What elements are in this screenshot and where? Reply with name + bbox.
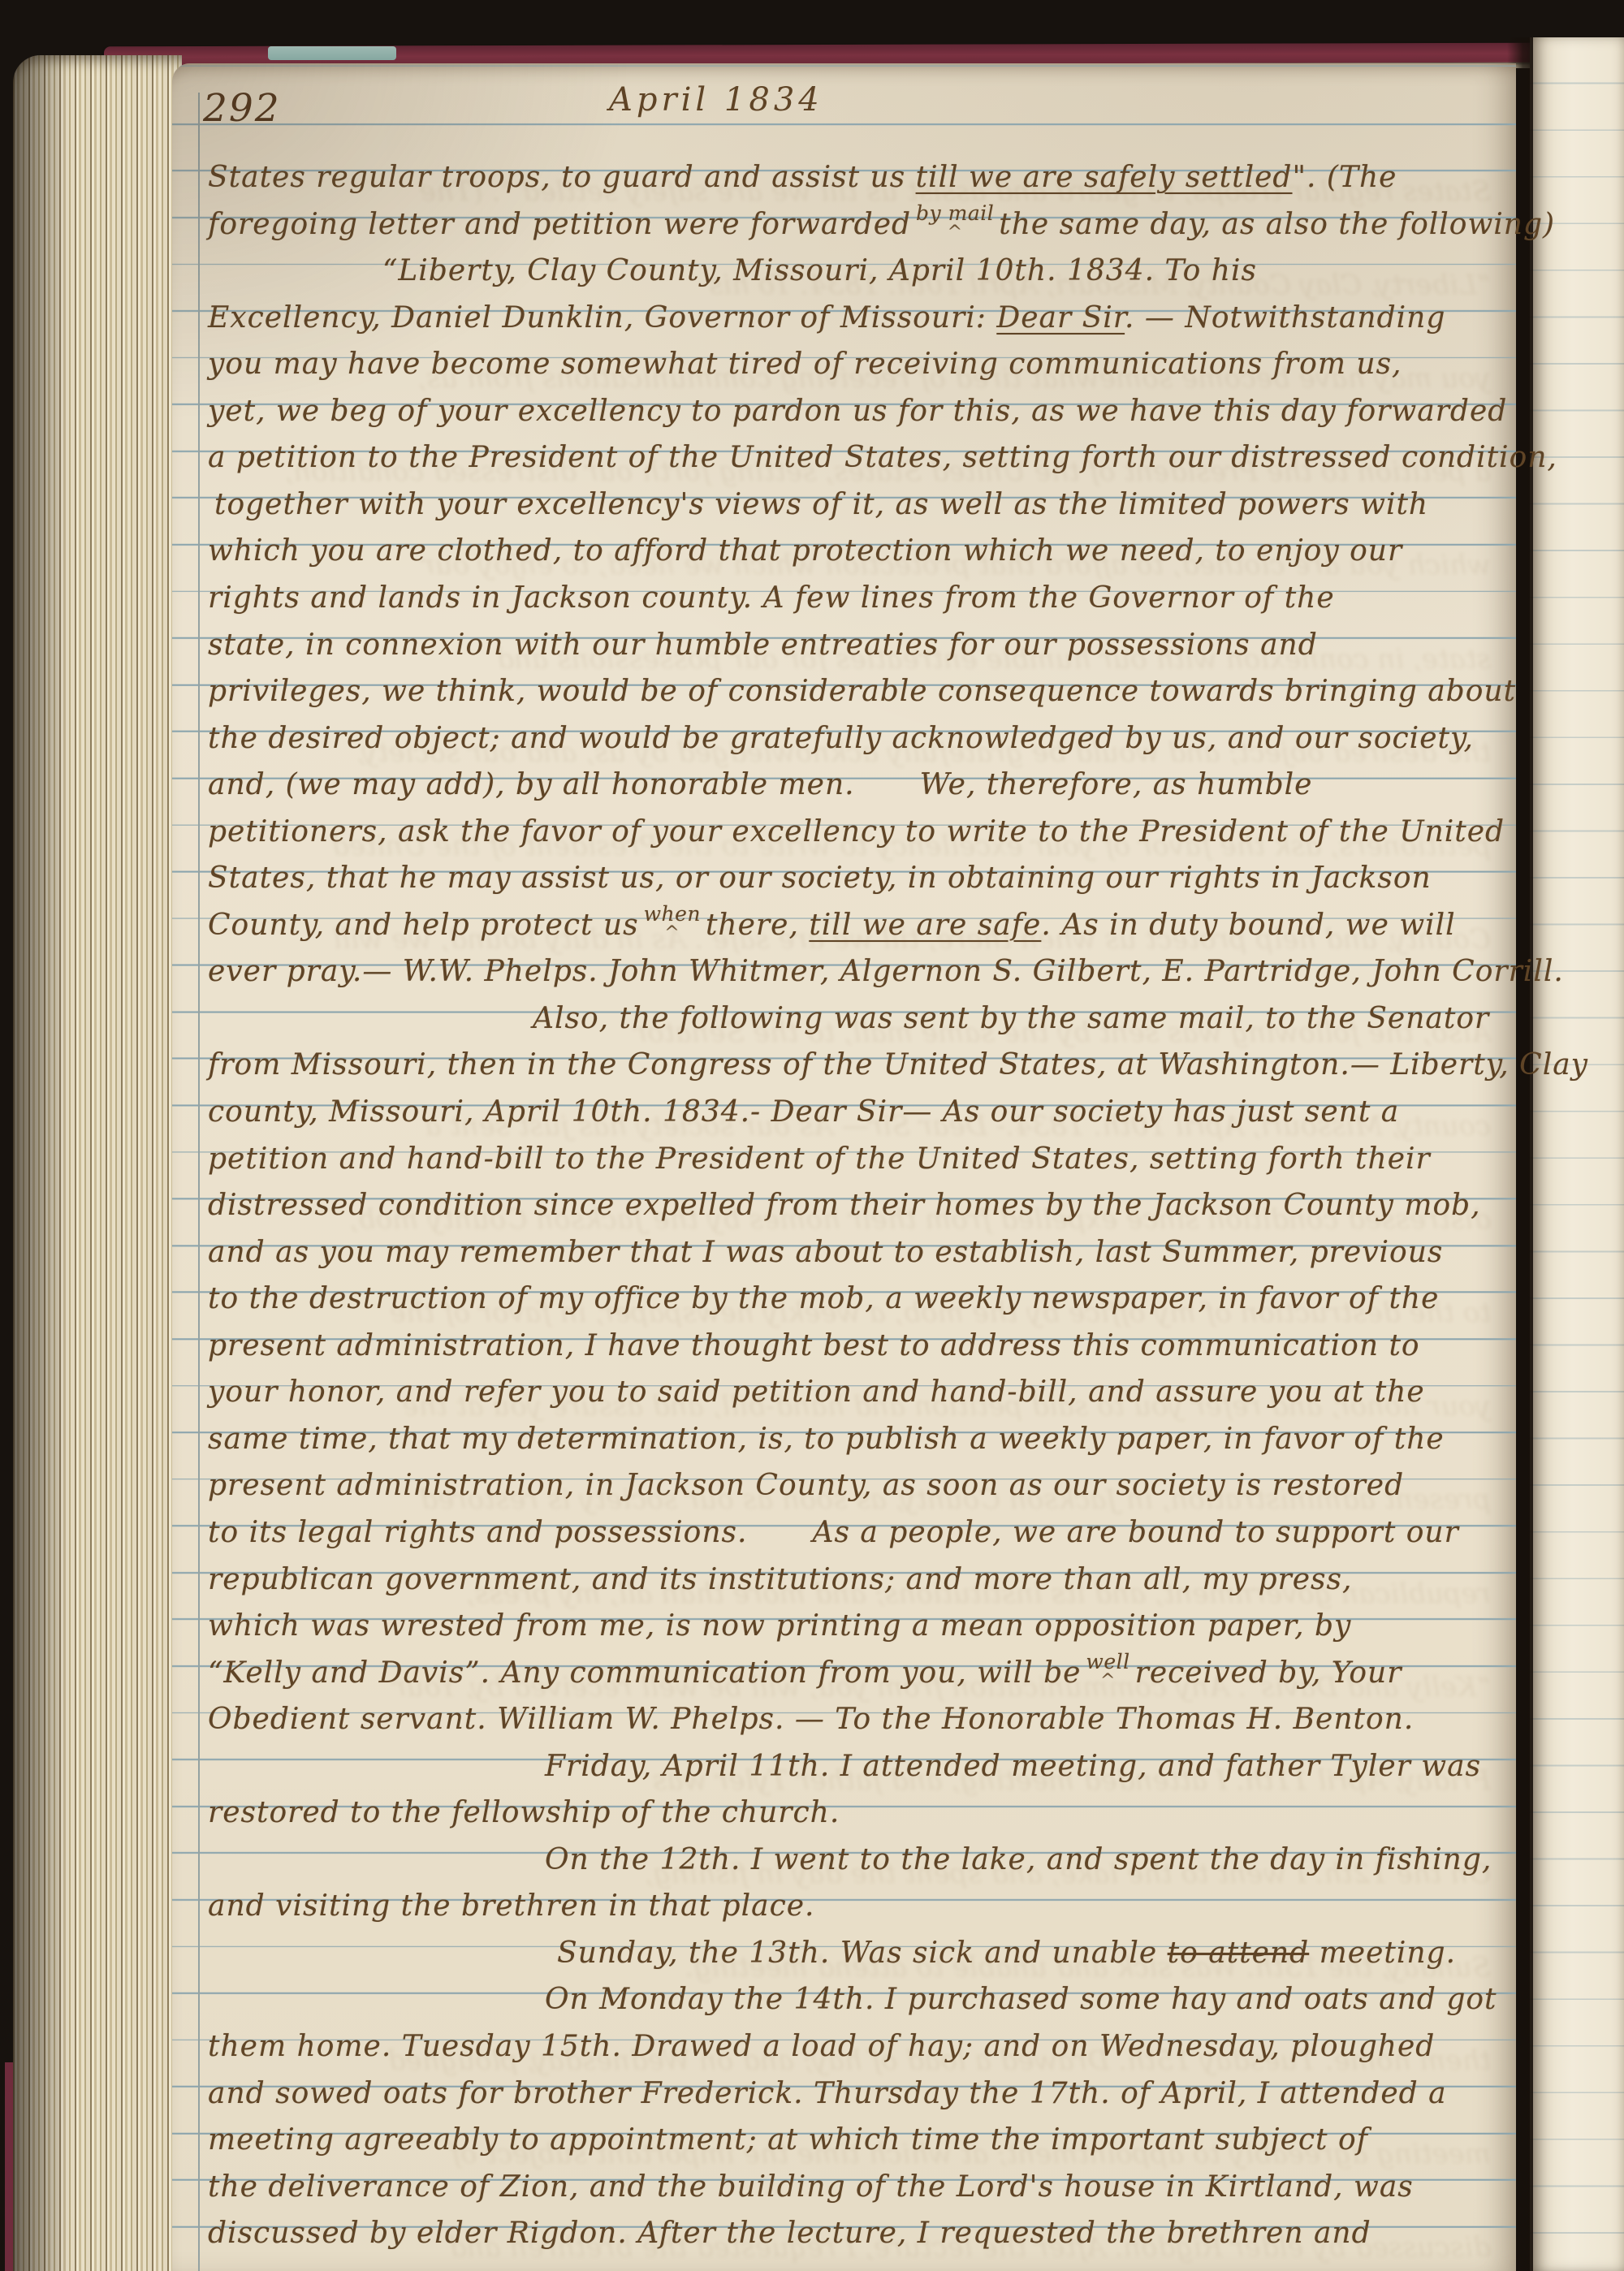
text-segment: same time, that my determination, is, to… <box>208 1423 1445 1456</box>
text-segment: privileges, we think, would be of consid… <box>208 675 1516 708</box>
text-segment: together with your excellency's views of… <box>214 488 1428 521</box>
text-segment: discussed by elder Rigdon. After the lec… <box>208 2217 1371 2250</box>
text-segment: and sowed oats for brother Frederick. Th… <box>208 2077 1447 2110</box>
text-segment: As a people, we are bound to support our <box>812 1516 1458 1549</box>
text-segment: to attend <box>1168 1936 1310 1970</box>
interlinear-insertion: by mail <box>916 195 994 232</box>
margin-line <box>198 93 200 2271</box>
text-segment: . — Notwithstanding <box>1125 301 1445 335</box>
page-number: 292 <box>203 86 281 131</box>
manuscript-line-43: meeting agreeably to appointment; at whi… <box>208 2122 1517 2169</box>
text-segment: restored to the fellowship of the church… <box>208 1796 840 1829</box>
text-segment: which was wrested from me, is now printi… <box>208 1609 1351 1643</box>
text-segment: and visiting the brethren in that place. <box>208 1889 814 1923</box>
journal-page: States regular troops, to guard and assi… <box>172 63 1516 2271</box>
manuscript-line-5: you may have become somewhat tired of re… <box>208 346 1517 393</box>
text-segment: a petition to the President of the Unite… <box>208 441 1557 474</box>
manuscript-line-26: present administration, I have thought b… <box>208 1328 1517 1375</box>
text-segment: Friday, April 11th. I attended meeting, … <box>545 1750 1481 1783</box>
interlinear-insertion: well <box>1086 1643 1129 1681</box>
text-segment: till we are safely settled <box>916 161 1293 194</box>
manuscript-line-31: republican government, and its instituti… <box>208 1561 1517 1608</box>
manuscript-line-33: “Kelly and Davis”. Any communication fro… <box>208 1655 1517 1702</box>
text-segment: the deliverance of Zion, and the buildin… <box>208 2170 1414 2204</box>
text-segment: Also, the following was sent by the same… <box>533 1002 1489 1035</box>
manuscript-line-32: which was wrested from me, is now printi… <box>208 1608 1517 1655</box>
text-segment: We, therefore, as humble <box>920 768 1313 801</box>
manuscript-line-30: to its legal rights and possessions.As a… <box>208 1514 1517 1561</box>
text-segment: received by, Your <box>1135 1656 1402 1690</box>
manuscript-line-12: privileges, we think, would be of consid… <box>208 673 1517 720</box>
text-segment: petitioners, ask the favor of your excel… <box>208 815 1505 848</box>
text-segment: States, that he may assist us, or our so… <box>208 861 1432 895</box>
page-edge-stack <box>13 55 182 2271</box>
manuscript-line-23: distressed condition since expelled from… <box>208 1187 1517 1234</box>
manuscript-line-41: them home. Tuesday 15th. Drawed a load o… <box>208 2028 1517 2075</box>
text-segment: meeting agreeably to appointment; at whi… <box>208 2123 1368 2157</box>
text-segment: state, in connexion with our humble entr… <box>208 628 1318 662</box>
text-segment: On the 12th. I went to the lake, and spe… <box>545 1843 1492 1876</box>
text-segment: petition and hand-bill to the President … <box>208 1142 1431 1176</box>
text-segment: “Liberty, Clay County, Missouri, April 1… <box>382 254 1257 287</box>
manuscript-line-17: County, and help protect uswhenthere, ti… <box>208 907 1517 954</box>
manuscript-line-37: On the 12th. I went to the lake, and spe… <box>208 1841 1624 1889</box>
manuscript-line-20: from Missouri, then in the Congress of t… <box>208 1047 1517 1094</box>
text-segment: States regular troops, to guard and assi… <box>208 161 916 194</box>
text-segment: On Monday the 14th. I purchased some hay… <box>545 1983 1497 2016</box>
text-segment: distressed condition since expelled from… <box>208 1189 1481 1222</box>
manuscript-line-27: your honor, and refer you to said petiti… <box>208 1374 1517 1421</box>
manuscript-line-18: ever pray.— W.W. Phelps. John Whitmer, A… <box>208 953 1517 1000</box>
text-segment: the same day, as also the following) <box>999 208 1555 241</box>
text-segment: to the destruction of my office by the m… <box>208 1282 1439 1315</box>
text-segment: to its legal rights and possessions. <box>208 1516 747 1549</box>
manuscript-line-42: and sowed oats for brother Frederick. Th… <box>208 2075 1517 2122</box>
manuscript-line-34: Obedient servant. William W. Phelps. — T… <box>208 1701 1517 1748</box>
text-segment: ever pray.— W.W. Phelps. John Whitmer, A… <box>208 955 1564 988</box>
manuscript-line-7: a petition to the President of the Unite… <box>208 439 1517 486</box>
manuscript-line-8: together with your excellency's views of… <box>208 486 1523 533</box>
manuscript-line-25: to the destruction of my office by the m… <box>208 1280 1517 1328</box>
manuscript-line-45: discussed by elder Rigdon. After the lec… <box>208 2215 1517 2262</box>
manuscript-line-4: Excellency, Daniel Dunklin, Governor of … <box>208 300 1517 347</box>
manuscript-line-21: county, Missouri, April 10th. 1834.- Dea… <box>208 1094 1517 1141</box>
manuscript-line-36: restored to the fellowship of the church… <box>208 1794 1517 1841</box>
text-segment: Dear Sir <box>996 301 1125 335</box>
manuscript-line-3: “Liberty, Clay County, Missouri, April 1… <box>208 253 1624 300</box>
text-segment: and as you may remember that I was about… <box>208 1236 1443 1269</box>
manuscript-line-19: Also, the following was sent by the same… <box>208 1000 1624 1047</box>
text-segment: which you are clothed, to afford that pr… <box>208 534 1402 568</box>
text-segment: ". (The <box>1292 161 1397 194</box>
text-segment: your honor, and refer you to said petiti… <box>208 1375 1425 1409</box>
text-segment: you may have become somewhat tired of re… <box>208 348 1402 381</box>
manuscript-line-2: foregoing letter and petition were forwa… <box>208 206 1517 253</box>
text-segment: present administration, I have thought b… <box>208 1329 1420 1362</box>
manuscript-line-24: and as you may remember that I was about… <box>208 1234 1517 1281</box>
manuscript-line-35: Friday, April 11th. I attended meeting, … <box>208 1748 1624 1795</box>
text-segment: Sunday, the 13th. Was sick and unable <box>557 1936 1168 1970</box>
text-segment: republican government, and its instituti… <box>208 1563 1352 1596</box>
text-segment: yet, we beg of your excellency to pardon… <box>208 395 1507 428</box>
text-segment: County, and help protect us <box>208 909 639 942</box>
manuscript-book-photo: States regular troops, to guard and assi… <box>0 0 1624 2271</box>
text-segment: county, Missouri, April 10th. 1834.- Dea… <box>208 1095 1399 1129</box>
manuscript-line-6: yet, we beg of your excellency to pardon… <box>208 393 1517 440</box>
text-segment: till we are safe <box>809 909 1041 942</box>
book-cover-teal-patch <box>268 46 396 60</box>
manuscript-line-15: petitioners, ask the favor of your excel… <box>208 814 1517 861</box>
manuscript-line-13: the desired object; and would be gratefu… <box>208 720 1517 767</box>
text-segment: . As in duty bound, we will <box>1041 909 1455 942</box>
text-segment: “Kelly and Davis”. Any communication fro… <box>208 1656 1081 1690</box>
text-segment: and, (we may add), by all honorable men. <box>208 768 855 801</box>
manuscript-line-11: state, in connexion with our humble entr… <box>208 627 1517 674</box>
manuscript-line-1: States regular troops, to guard and assi… <box>208 159 1517 206</box>
manuscript-line-16: States, that he may assist us, or our so… <box>208 860 1517 907</box>
interlinear-insertion: when <box>644 896 701 933</box>
text-segment: meeting. <box>1309 1936 1456 1970</box>
text-segment: there, <box>706 909 809 942</box>
manuscript-line-29: present administration, in Jackson Count… <box>208 1467 1517 1514</box>
manuscript-line-40: On Monday the 14th. I purchased some hay… <box>208 1981 1624 2028</box>
manuscript-text: States regular troops, to guard and assi… <box>208 159 1517 2271</box>
date-header: April 1834 <box>609 81 823 119</box>
manuscript-line-9: which you are clothed, to afford that pr… <box>208 533 1517 580</box>
manuscript-line-14: and, (we may add), by all honorable men.… <box>208 766 1517 814</box>
manuscript-line-39: Sunday, the 13th. Was sick and unable to… <box>208 1935 1624 1982</box>
manuscript-line-28: same time, that my determination, is, to… <box>208 1421 1517 1468</box>
text-segment: the desired object; and would be gratefu… <box>208 722 1474 755</box>
manuscript-line-38: and visiting the brethren in that place. <box>208 1888 1517 1935</box>
manuscript-line-10: rights and lands in Jackson county. A fe… <box>208 580 1517 627</box>
text-segment: rights and lands in Jackson county. A fe… <box>208 581 1335 615</box>
text-segment: foregoing letter and petition were forwa… <box>208 208 911 241</box>
text-segment: from Missouri, then in the Congress of t… <box>208 1048 1588 1082</box>
text-segment: Obedient servant. William W. Phelps. — T… <box>208 1703 1414 1736</box>
text-segment: Excellency, Daniel Dunklin, Governor of … <box>208 301 996 335</box>
manuscript-line-44: the deliverance of Zion, and the buildin… <box>208 2169 1517 2216</box>
manuscript-line-22: petition and hand-bill to the President … <box>208 1141 1517 1188</box>
text-segment: present administration, in Jackson Count… <box>208 1469 1404 1502</box>
text-segment: them home. Tuesday 15th. Drawed a load o… <box>208 2030 1435 2063</box>
